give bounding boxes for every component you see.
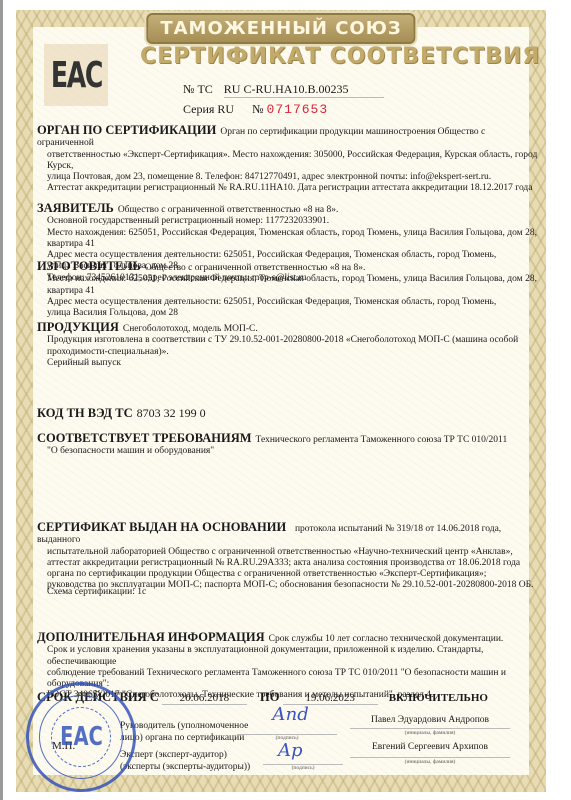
stamp-eac-icon: EAC xyxy=(60,722,103,752)
head-role-line-2: лицо) органа по сертификации xyxy=(120,732,248,744)
eac-logo-icon: EAC xyxy=(50,55,101,96)
expert-name-caption: (инициалы, фамилия) xyxy=(350,759,510,765)
text-line: Аттестат аккредитации регистрационный № … xyxy=(47,183,541,194)
section-body: испытательной лабораторией Общество с ог… xyxy=(37,547,541,592)
section-body: "О безопасности машин и оборудования" xyxy=(37,446,541,457)
text-line: ответственностью «Эксперт-Сертификация».… xyxy=(47,150,541,173)
head-signature: Аnd xyxy=(272,704,309,725)
text-line: Срок и условия хранения указаны в эксплу… xyxy=(47,645,541,668)
text-line: соблюдение требований Технического регла… xyxy=(47,668,541,691)
series-value: RU xyxy=(217,102,234,116)
certificate-title: СЕРТИФИКАТ СООТВЕТСТВИЯ xyxy=(140,44,540,69)
section-conformity: СООТВЕТСТВУЕТ ТРЕБОВАНИЯМТехнического ре… xyxy=(37,433,541,458)
section-heading: СЕРТИФИКАТ ВЫДАН НА ОСНОВАНИИ xyxy=(37,520,286,534)
text-line: Место нахождения: 625051, Российская Фед… xyxy=(47,228,541,239)
text-line: Серийный выпуск xyxy=(47,358,541,369)
expert-role-line-2: (эксперты (эксперты-аудиторы)) xyxy=(120,761,250,773)
text-line: Адрес места осуществления деятельности: … xyxy=(47,297,541,308)
text-line: квартира 41 xyxy=(47,286,541,297)
series-label: Серия xyxy=(183,102,214,116)
text-line: Основной государственный регистрационный… xyxy=(47,216,541,227)
section-tn-ved-code: КОД ТН ВЭД ТС8703 32 199 0 xyxy=(37,408,541,421)
text-line: улица Почтовая, дом 23, помещение 8. Тел… xyxy=(47,172,541,183)
section-heading: СООТВЕТСТВУЕТ ТРЕБОВАНИЯМ xyxy=(37,431,252,445)
text-line: Место нахождения: 625051, Российская Фед… xyxy=(47,274,541,285)
head-signature-line xyxy=(237,727,337,735)
head-role: Руководитель (уполномоченное лицо) орган… xyxy=(120,720,248,744)
section-body: ответственностью «Эксперт-Сертификация».… xyxy=(37,150,541,195)
text-line: квартира 41 xyxy=(47,239,541,250)
text-line: Продукция изготовлена в соответствии с Т… xyxy=(47,335,541,346)
head-name: Павел Эдуардович Андропов xyxy=(350,715,510,725)
expert-name-line xyxy=(350,756,510,758)
validity-from-date: 20.06.2018 xyxy=(162,692,247,705)
section-body: Место нахождения: 625051, Российская Фед… xyxy=(37,274,541,319)
serial-label: № xyxy=(252,102,263,116)
validity-inclusive-label: ВКЛЮЧИТЕЛЬНО xyxy=(389,692,488,704)
customs-union-banner: ТАМОЖЕННЫЙ СОЮЗ xyxy=(146,13,415,44)
section-issue-basis: СЕРТИФИКАТ ВЫДАН НА ОСНОВАНИИ протокола … xyxy=(37,522,541,592)
expert-role: Эксперт (эксперт-аудитор) (эксперты (экс… xyxy=(120,749,250,773)
expert-signature-line xyxy=(263,757,343,765)
section-product: ПРОДУКЦИЯСнегоболотоход, модель МОП-С. П… xyxy=(37,322,541,369)
section-heading: ПРОДУКЦИЯ xyxy=(37,320,119,334)
number-label: № ТС xyxy=(183,82,213,96)
section-first-line: Технического регламента Таможенного союз… xyxy=(256,435,508,445)
text-line: органа по сертификации продукции Обществ… xyxy=(47,569,541,580)
section-heading: ОРГАН ПО СЕРТИФИКАЦИИ xyxy=(37,123,216,137)
head-role-line-1: Руководитель (уполномоченное xyxy=(120,720,248,732)
number-value: RU C-RU.НА10.В.00235 xyxy=(224,82,384,98)
validity-to-label: ПО xyxy=(260,690,279,704)
section-heading: КОД ТН ВЭД ТС xyxy=(37,406,133,420)
expert-name: Евгений Сергеевич Архипов xyxy=(350,742,510,752)
text-line: улица Василия Гольцова, дом 28 xyxy=(47,308,541,319)
head-name-caption: (инициалы, фамилия) xyxy=(350,730,510,736)
section-first-line: Срок службы 10 лет согласно технической … xyxy=(269,634,504,644)
text-line: аттестат аккредитации регистрационный № … xyxy=(47,558,541,569)
series-line: Серия RU № 0717653 xyxy=(183,102,328,117)
section-first-line: Общество с ограниченной ответственностью… xyxy=(118,205,339,215)
certification-scheme: Схема сертификации: 1с xyxy=(37,587,541,598)
section-heading: ДОПОЛНИТЕЛЬНАЯ ИНФОРМАЦИЯ xyxy=(37,630,265,644)
certification-stamp: EAC xyxy=(26,682,136,792)
text-line: "О безопасности машин и оборудования" xyxy=(47,446,541,457)
section-heading: ИЗГОТОВИТЕЛЬ xyxy=(37,259,141,273)
section-heading: ЗАЯВИТЕЛЬ xyxy=(37,201,114,215)
tn-ved-value: 8703 32 199 0 xyxy=(137,406,206,420)
eac-logo-box: EAC xyxy=(44,44,108,106)
expert-signature-caption: (подпись) xyxy=(263,765,343,771)
section-first-line: Общество с ограниченной ответственностью… xyxy=(145,263,366,273)
section-manufacturer: ИЗГОТОВИТЕЛЬОбщество с ограниченной отве… xyxy=(37,261,541,319)
expert-signature: Aр xyxy=(278,740,303,761)
left-edge-strip xyxy=(0,0,3,800)
section-certification-body: ОРГАН ПО СЕРТИФИКАЦИИОрган по сертификац… xyxy=(37,125,541,195)
text-line: испытательной лабораторией Общество с ог… xyxy=(47,547,541,558)
section-first-line: Снегоболотоход, модель МОП-С. xyxy=(123,324,258,334)
head-name-line xyxy=(350,727,510,729)
section-body: Продукция изготовлена в соответствии с Т… xyxy=(37,335,541,369)
certificate-number: № ТС RU C-RU.НА10.В.00235 xyxy=(183,82,384,98)
serial-number: 0717653 xyxy=(267,102,329,117)
expert-role-line-1: Эксперт (эксперт-аудитор) xyxy=(120,749,250,761)
text-line: проходимости-специальная)». xyxy=(47,347,541,358)
